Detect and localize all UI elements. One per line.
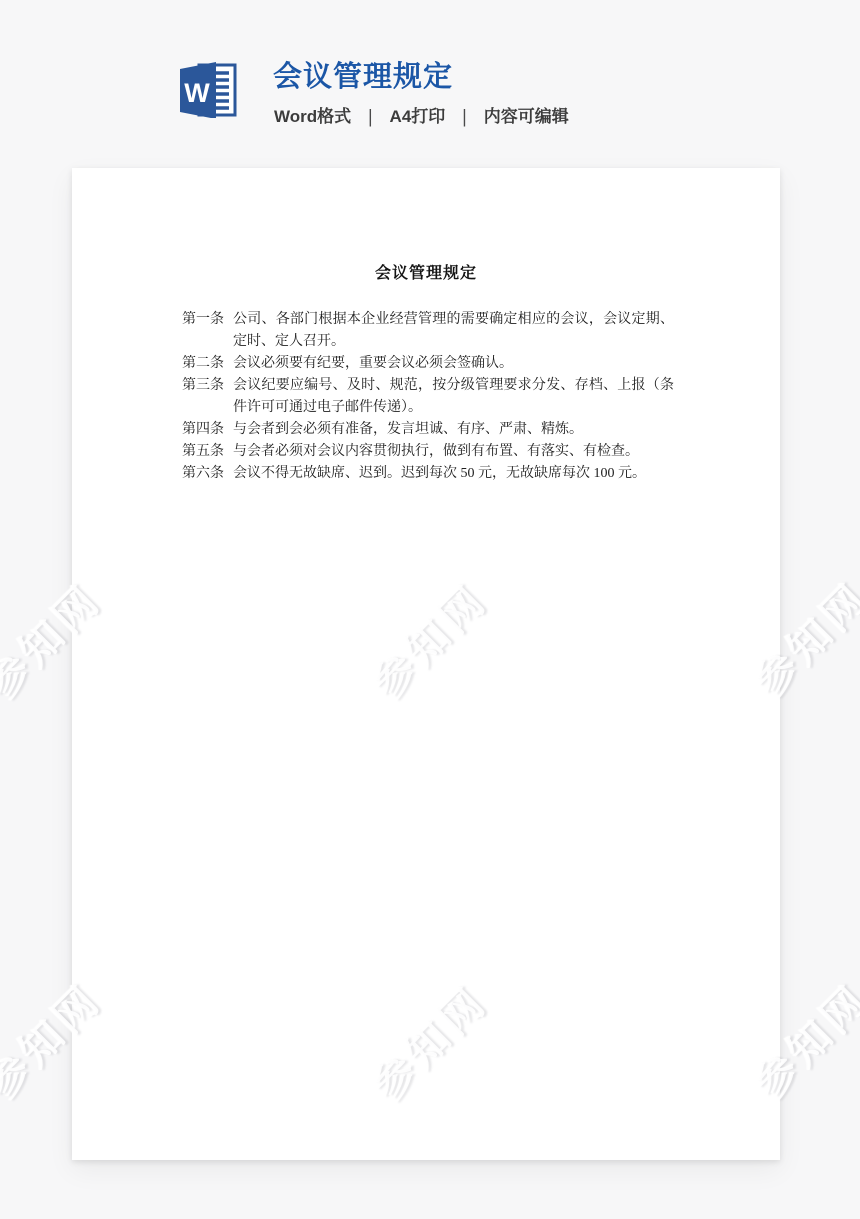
article-6-label: 第六条: [182, 463, 225, 485]
template-title: 会议管理规定: [273, 54, 453, 95]
document-body: 第一条 公司、各部门根据本企业经营管理的需要确定相应的会议，会议定期、定时、定人…: [182, 309, 674, 485]
article-2-label: 第二条: [182, 353, 225, 375]
document-title: 会议管理规定: [72, 260, 780, 283]
article-4-label: 第四条: [182, 419, 225, 441]
page-header: W 会议管理规定 Word格式|A4打印|内容可编辑: [0, 0, 860, 150]
article-2-text: 会议必须要有纪要，重要会议必须会签确认。: [233, 353, 674, 375]
article-3-text: 会议纪要应编号、及时、规范，按分级管理要求分发、存档、上报（条件许可可通过电子邮…: [233, 375, 674, 419]
article-1-label: 第一条: [182, 309, 225, 353]
word-file-icon: W: [170, 62, 238, 118]
article-3: 第三条 会议纪要应编号、及时、规范，按分级管理要求分发、存档、上报（条件许可可通…: [182, 375, 674, 419]
badge-separator: |: [368, 106, 372, 128]
article-1: 第一条 公司、各部门根据本企业经营管理的需要确定相应的会议，会议定期、定时、定人…: [182, 309, 674, 353]
article-5-text: 与会者必须对会议内容贯彻执行，做到有布置、有落实、有检查。: [233, 441, 674, 463]
document-page-preview: 会议管理规定 第一条 公司、各部门根据本企业经营管理的需要确定相应的会议，会议定…: [72, 168, 780, 1160]
article-5-label: 第五条: [182, 441, 225, 463]
article-2: 第二条 会议必须要有纪要，重要会议必须会签确认。: [182, 353, 674, 375]
article-1-text: 公司、各部门根据本企业经营管理的需要确定相应的会议，会议定期、定时、定人召开。: [233, 309, 674, 353]
template-badges: Word格式|A4打印|内容可编辑: [274, 102, 569, 127]
article-4-text: 与会者到会必须有准备，发言坦诚、有序、严肃、精炼。: [233, 419, 674, 441]
article-6-text: 会议不得无故缺席、迟到。迟到每次 50 元，无故缺席每次 100 元。: [233, 463, 674, 485]
badge-editable: 内容可编辑: [484, 107, 569, 126]
badge-a4-print: A4打印: [390, 107, 446, 126]
article-4: 第四条 与会者到会必须有准备，发言坦诚、有序、严肃、精炼。: [182, 419, 674, 441]
badge-word-format: Word格式: [274, 107, 351, 126]
article-5: 第五条 与会者必须对会议内容贯彻执行，做到有布置、有落实、有检查。: [182, 441, 674, 463]
article-3-label: 第三条: [182, 375, 225, 419]
article-6: 第六条 会议不得无故缺席、迟到。迟到每次 50 元，无故缺席每次 100 元。: [182, 463, 674, 485]
badge-separator: |: [462, 106, 466, 128]
svg-text:W: W: [184, 78, 210, 108]
